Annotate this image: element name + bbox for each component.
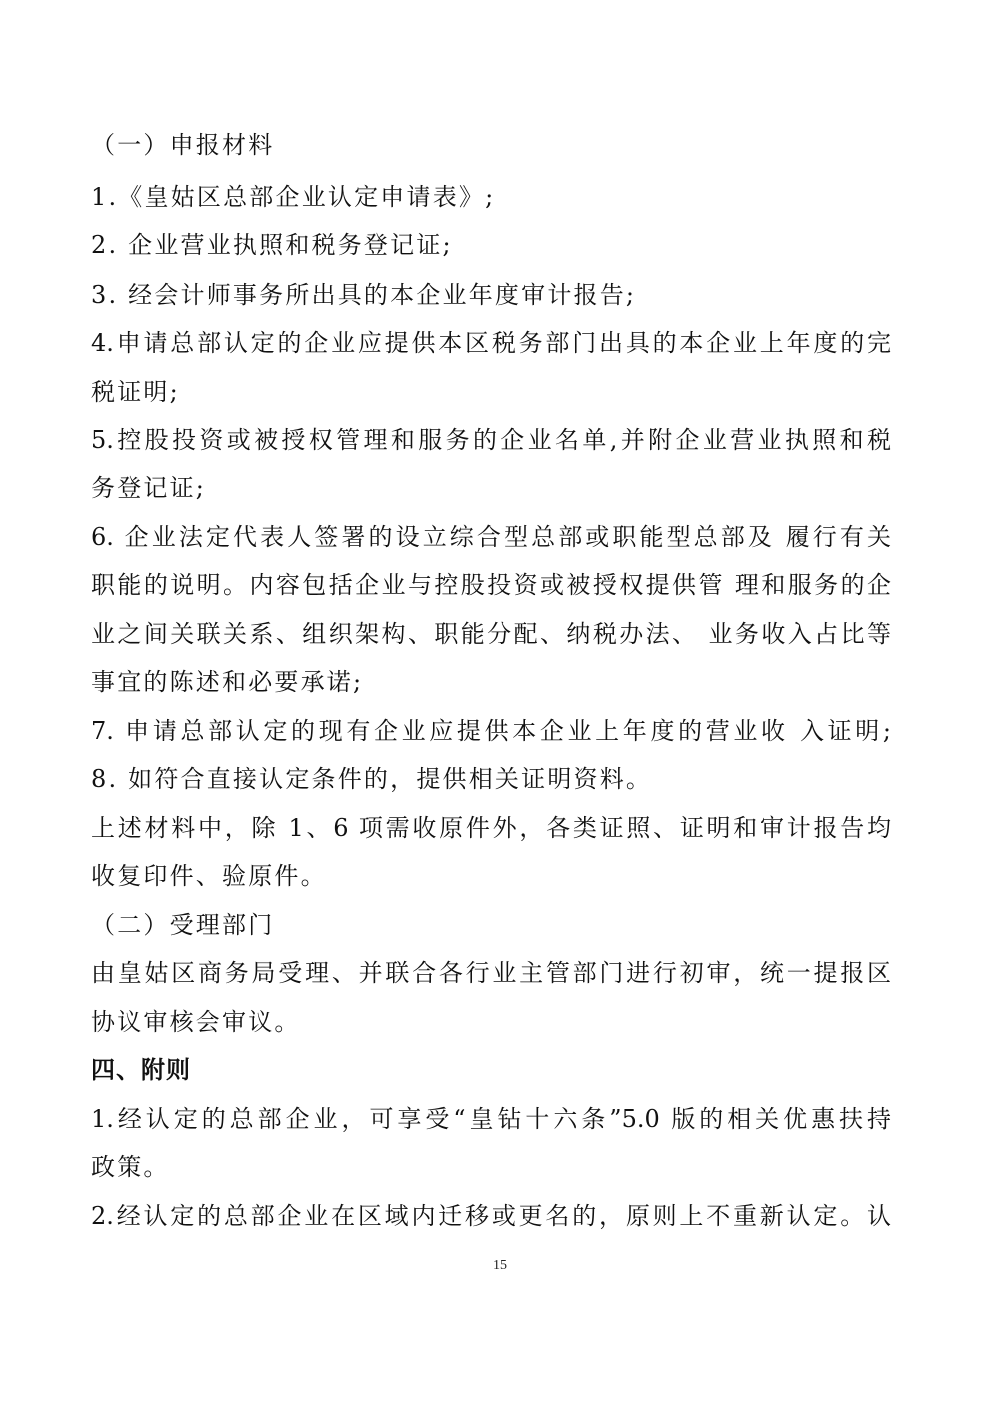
material-item-6-line-4: 事宜的陈述和必要承诺; [91, 667, 891, 697]
material-item-6-line-1: 6. 企业法定代表人签署的设立综合型总部或职能型总部及 履行有关 [91, 522, 891, 552]
materials-note-line-1: 上述材料中，除 1、6 项需收原件外，各类证照、证明和审计报告均 [91, 813, 891, 843]
document-page: （一）申报材料 1.《皇姑区总部企业认定申请表》; 2. 企业营业执照和税务登记… [0, 0, 1000, 1413]
chapter-heading-supplementary-provisions: 四、附则 [91, 1055, 891, 1085]
material-item-5-line-2: 务登记证; [91, 473, 891, 503]
material-item-4-line-1: 4.申请总部认定的企业应提供本区税务部门出具的本企业上年度的完 [91, 328, 891, 358]
provision-item-1-line-2: 政策。 [91, 1152, 891, 1182]
provision-item-2-line-1: 2.经认定的总部企业在区域内迁移或更名的，原则上不重新认定。认 [91, 1201, 891, 1231]
material-item-3: 3. 经会计师事务所出具的本企业年度审计报告; [91, 280, 891, 310]
accepting-department-line-1: 由皇姑区商务局受理、并联合各行业主管部门进行初审，统一提报区 [91, 958, 891, 988]
material-item-2: 2. 企业营业执照和税务登记证; [91, 230, 891, 260]
material-item-5-line-1: 5.控股投资或被授权管理和服务的企业名单,并附企业营业执照和税 [91, 425, 891, 455]
material-item-6-line-3: 业之间关联关系、组织架构、职能分配、纳税办法、 业务收入占比等 [91, 619, 891, 649]
material-item-4-line-2: 税证明; [91, 377, 891, 407]
material-item-8: 8. 如符合直接认定条件的，提供相关证明资料。 [91, 764, 891, 794]
material-item-7: 7. 申请总部认定的现有企业应提供本企业上年度的营业收 入证明; [91, 716, 891, 746]
page-number: 15 [0, 1258, 1000, 1274]
material-item-1: 1.《皇姑区总部企业认定申请表》; [91, 182, 891, 212]
material-item-6-line-2: 职能的说明。内容包括企业与控股投资或被授权提供管 理和服务的企 [91, 570, 891, 600]
provision-item-1-line-1: 1.经认定的总部企业，可享受“皇钻十六条”5.0 版的相关优惠扶持 [91, 1104, 891, 1134]
section-heading-accepting-department: （二）受理部门 [91, 910, 891, 940]
accepting-department-line-2: 协议审核会审议。 [91, 1007, 891, 1037]
section-heading-application-materials: （一）申报材料 [91, 130, 891, 160]
materials-note-line-2: 收复印件、验原件。 [91, 861, 891, 891]
